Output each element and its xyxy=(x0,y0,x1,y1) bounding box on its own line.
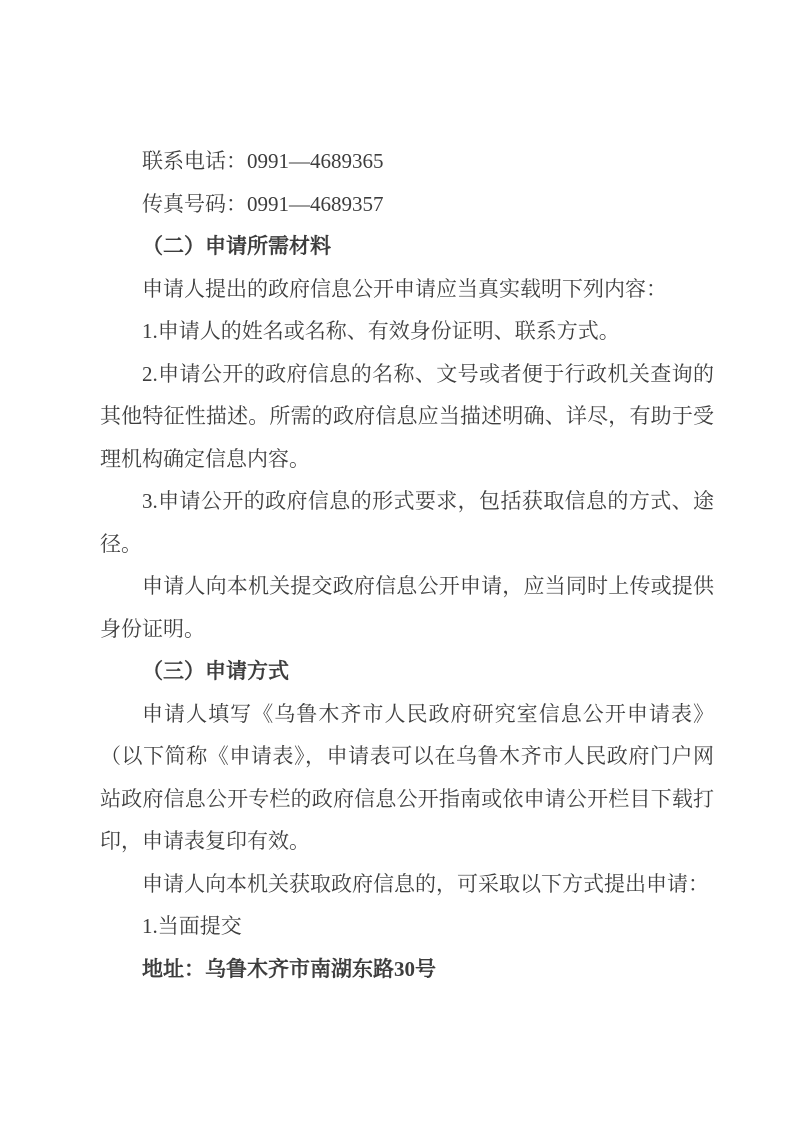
address-line: 地址：乌鲁木齐市南湖东路30号 xyxy=(100,948,714,991)
document-body: 联系电话：0991—4689365 传真号码：0991—4689357 （二）申… xyxy=(100,140,714,990)
identity-proof-paragraph: 申请人向本机关提交政府信息公开申请，应当同时上传或提供身份证明。 xyxy=(100,565,714,650)
section-3-heading: （三）申请方式 xyxy=(100,650,714,693)
materials-intro-paragraph: 申请人提出的政府信息公开申请应当真实载明下列内容： xyxy=(100,268,714,311)
contact-phone-line: 联系电话：0991—4689365 xyxy=(100,140,714,183)
method-1-in-person: 1.当面提交 xyxy=(100,905,714,948)
section-2-heading: （二）申请所需材料 xyxy=(100,225,714,268)
application-form-paragraph: 申请人填写《乌鲁木齐市人民政府研究室信息公开申请表》（以下简称《申请表》，申请表… xyxy=(100,693,714,863)
fax-number-line: 传真号码：0991—4689357 xyxy=(100,183,714,226)
materials-item-3: 3.申请公开的政府信息的形式要求，包括获取信息的方式、途径。 xyxy=(100,480,714,565)
materials-item-1: 1.申请人的姓名或名称、有效身份证明、联系方式。 xyxy=(100,310,714,353)
document-page: 联系电话：0991—4689365 传真号码：0991—4689357 （二）申… xyxy=(0,0,793,1122)
submission-methods-intro: 申请人向本机关获取政府信息的，可采取以下方式提出申请： xyxy=(100,863,714,906)
materials-item-2: 2.申请公开的政府信息的名称、文号或者便于行政机关查询的其他特征性描述。所需的政… xyxy=(100,353,714,481)
